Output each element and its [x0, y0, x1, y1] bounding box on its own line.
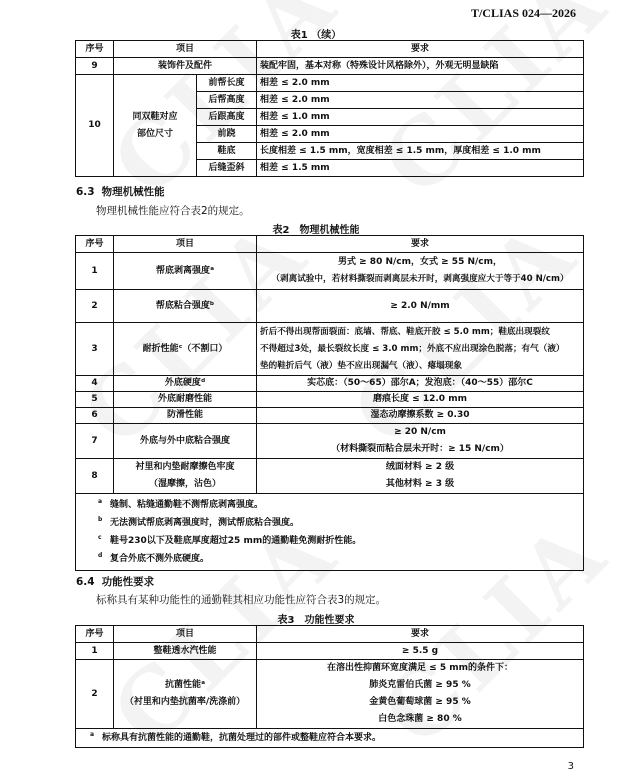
row-req: ≥ 2.0 N/mm: [257, 290, 584, 323]
sub-req: 长度相差 ≤ 1.5 mm，宽度相差 ≤ 1.5 mm，厚度相差 ≤ 1.0 m…: [257, 143, 584, 160]
row-no: 4: [76, 376, 114, 392]
table-row: 2 抗菌性能ᵃ （衬里和内垫抗菌率/洗涤前） 在溶出性抑菌环宽度满足 ≤ 5 m…: [76, 660, 584, 729]
table-notes-row: a标称具有抗菌性能的通勤鞋，抗菌处理过的部件或整鞋应符合本要求。: [76, 729, 584, 748]
standard-code: T/CLIAS 024—2026: [471, 6, 576, 21]
row-req: 在溶出性抑菌环宽度满足 ≤ 5 mm的条件下： 肺炎克雷伯氏菌 ≥ 95 % 金…: [257, 660, 584, 729]
row-item: 外底耐磨性能: [114, 392, 257, 408]
row-no: 1: [76, 643, 114, 660]
item-line: 衬里和内垫耐摩擦色牢度: [117, 459, 253, 476]
table-row: 10 同双鞋对应 部位尺寸 前帮长度 相差 ≤ 2.0 mm: [76, 75, 584, 92]
row-no: 7: [76, 424, 114, 459]
section-number: 6.4: [76, 576, 98, 588]
footnote-mark: c: [98, 532, 110, 544]
row-req: 折后不得出现帮面裂面：底墙、帮底、鞋底开胶 ≤ 5.0 mm；鞋底出现裂纹 不得…: [257, 323, 584, 376]
table-header-row: 序号 项目 要求: [76, 236, 584, 253]
footnote-text: 缝制、粘缝通勤鞋不测帮底剥离强度。: [110, 496, 263, 514]
footnote-mark: a: [98, 496, 110, 508]
header-req: 要求: [257, 626, 584, 643]
section-paragraph: 标称具有某种功能性的通勤鞋其相应功能性应符合表3的规定。: [96, 592, 386, 607]
req-line: 金黄色葡萄球菌 ≥ 95 %: [260, 694, 580, 711]
req-line: （剥离试验中，若材料撕裂而剥离层未开时，剥离强度应大于等于40 N/cm）: [260, 271, 580, 288]
sub-item: 前帮长度: [197, 75, 257, 92]
table-notes: a标称具有抗菌性能的通勤鞋，抗菌处理过的部件或整鞋应符合本要求。: [76, 729, 584, 748]
table-row: 3 耐折性能ᶜ（不割口） 折后不得出现帮面裂面：底墙、帮底、鞋底开胶 ≤ 5.0…: [76, 323, 584, 376]
item-line: 抗菌性能ᵃ: [117, 677, 253, 694]
table2-caption: 表2 物理机械性能: [0, 221, 632, 236]
table3: 序号 项目 要求 1 整鞋透水汽性能 ≥ 5.5 g 2 抗菌性能ᵃ （衬里和内…: [75, 625, 584, 748]
footnote-text: 鞋号230以下及鞋底厚度超过25 mm的通勤鞋免测耐折性能。: [110, 532, 361, 550]
footnote: c鞋号230以下及鞋底厚度超过25 mm的通勤鞋免测耐折性能。: [76, 532, 583, 550]
table2: 序号 项目 要求 1 帮底剥离强度ᵃ 男式 ≥ 80 N/cm，女式 ≥ 55 …: [75, 235, 584, 571]
header-no: 序号: [76, 236, 114, 253]
header-item: 项目: [114, 626, 257, 643]
row-req: 磨痕长度 ≤ 12.0 mm: [257, 392, 584, 408]
row-req: 男式 ≥ 80 N/cm，女式 ≥ 55 N/cm， （剥离试验中，若材料撕裂而…: [257, 253, 584, 290]
section-heading: 6.4 功能性要求: [76, 574, 154, 589]
table-notes: a缝制、粘缝通勤鞋不测帮底剥离强度。 b无法测试帮底剥离强度时，测试帮底粘合强度…: [76, 494, 584, 571]
req-line: 折后不得出现帮面裂面：底墙、帮底、鞋底开胶 ≤ 5.0 mm；鞋底出现裂纹: [260, 324, 580, 341]
item-line: （湿摩擦，沾色）: [117, 476, 253, 493]
table1-caption: 表1 （续）: [0, 26, 632, 41]
row-item: 整鞋透水汽性能: [114, 643, 257, 660]
req-line: ≥ 20 N/cm: [260, 424, 580, 441]
table3-caption: 表3 功能性要求: [0, 611, 632, 626]
item-line: 部位尺寸: [117, 126, 193, 143]
req-line: 不得超过3处，最长裂纹长度 ≤ 3.0 mm；外底不应出现涂色脱落；有气（液）: [260, 341, 580, 358]
req-line: 男式 ≥ 80 N/cm，女式 ≥ 55 N/cm，: [260, 254, 580, 271]
row-item: 外底硬度ᵈ: [114, 376, 257, 392]
row-item: 衬里和内垫耐摩擦色牢度 （湿摩擦，沾色）: [114, 459, 257, 494]
header-no: 序号: [76, 626, 114, 643]
table-header-row: 序号 项目 要求: [76, 626, 584, 643]
req-line: （材料撕裂而粘合层未开时：≥ 15 N/cm）: [260, 441, 580, 458]
header-req: 要求: [257, 41, 584, 58]
table-notes-row: a缝制、粘缝通勤鞋不测帮底剥离强度。 b无法测试帮底剥离强度时，测试帮底粘合强度…: [76, 494, 584, 571]
footnote: b无法测试帮底剥离强度时，测试帮底粘合强度。: [76, 514, 583, 532]
row-no: 8: [76, 459, 114, 494]
table-header-row: 序号 项目 要求: [76, 41, 584, 58]
table-row: 4 外底硬度ᵈ 实芯底：（50～65）邵尔A；发泡底：（40～55）邵尔C: [76, 376, 584, 392]
footnote-text: 复合外底不测外底硬度。: [110, 550, 209, 568]
sub-req: 相差 ≤ 1.5 mm: [257, 160, 584, 177]
sub-req: 相差 ≤ 2.0 mm: [257, 75, 584, 92]
row-item: 帮底粘合强度ᵇ: [114, 290, 257, 323]
row-item: 耐折性能ᶜ（不割口）: [114, 323, 257, 376]
item-line: 同双鞋对应: [117, 109, 193, 126]
footnote-text: 无法测试帮底剥离强度时，测试帮底粘合强度。: [110, 514, 299, 532]
footnote: d复合外底不测外底硬度。: [76, 550, 583, 568]
req-line: 垫的鞋折后气（液）垫不应出现漏气（液）、瘪塌现象: [260, 358, 580, 375]
sub-item: 后帮高度: [197, 92, 257, 109]
sub-req: 相差 ≤ 1.0 mm: [257, 109, 584, 126]
page-number: 3: [568, 761, 574, 772]
table1: 序号 项目 要求 9 装饰件及配件 装配牢固，基本对称（特殊设计风格除外），外观…: [75, 40, 584, 177]
row-item: 抗菌性能ᵃ （衬里和内垫抗菌率/洗涤前）: [114, 660, 257, 729]
sub-item: 后缝歪斜: [197, 160, 257, 177]
table-row: 2 帮底粘合强度ᵇ ≥ 2.0 N/mm: [76, 290, 584, 323]
row-no: 6: [76, 408, 114, 424]
row-no: 9: [76, 58, 114, 75]
req-line: 白色念珠菌 ≥ 80 %: [260, 711, 580, 728]
item-line: （衬里和内垫抗菌率/洗涤前）: [117, 694, 253, 711]
header-item: 项目: [114, 236, 257, 253]
row-req: ≥ 5.5 g: [257, 643, 584, 660]
table-row: 8 衬里和内垫耐摩擦色牢度 （湿摩擦，沾色） 绒面材料 ≥ 2 级 其他材料 ≥…: [76, 459, 584, 494]
row-req: 实芯底：（50～65）邵尔A；发泡底：（40～55）邵尔C: [257, 376, 584, 392]
table-row: 1 帮底剥离强度ᵃ 男式 ≥ 80 N/cm，女式 ≥ 55 N/cm， （剥离…: [76, 253, 584, 290]
row-no: 1: [76, 253, 114, 290]
table-row: 9 装饰件及配件 装配牢固，基本对称（特殊设计风格除外），外观无明显缺陷: [76, 58, 584, 75]
row-item: 防滑性能: [114, 408, 257, 424]
table-row: 5 外底耐磨性能 磨痕长度 ≤ 12.0 mm: [76, 392, 584, 408]
section-title: 物理机械性能: [102, 186, 165, 198]
sub-item: 鞋底: [197, 143, 257, 160]
footnote-mark: d: [98, 550, 110, 562]
row-req: 湿态动摩擦系数 ≥ 0.30: [257, 408, 584, 424]
row-req: 绒面材料 ≥ 2 级 其他材料 ≥ 3 级: [257, 459, 584, 494]
header-req: 要求: [257, 236, 584, 253]
sub-item: 后跟高度: [197, 109, 257, 126]
section-heading: 6.3 物理机械性能: [76, 184, 165, 199]
sub-req: 相差 ≤ 2.0 mm: [257, 126, 584, 143]
sub-item: 前跷: [197, 126, 257, 143]
row-item: 同双鞋对应 部位尺寸: [114, 75, 197, 177]
table-row: 6 防滑性能 湿态动摩擦系数 ≥ 0.30: [76, 408, 584, 424]
row-item: 帮底剥离强度ᵃ: [114, 253, 257, 290]
header-no: 序号: [76, 41, 114, 58]
row-no: 2: [76, 290, 114, 323]
footnote-text: 标称具有抗菌性能的通勤鞋，抗菌处理过的部件或整鞋应符合本要求。: [102, 729, 381, 747]
row-no: 3: [76, 323, 114, 376]
row-item: 外底与外中底粘合强度: [114, 424, 257, 459]
footnote: a标称具有抗菌性能的通勤鞋，抗菌处理过的部件或整鞋应符合本要求。: [76, 729, 583, 747]
table-row: 7 外底与外中底粘合强度 ≥ 20 N/cm （材料撕裂而粘合层未开时：≥ 15…: [76, 424, 584, 459]
section-number: 6.3: [76, 186, 98, 198]
req-line: 其他材料 ≥ 3 级: [260, 476, 580, 493]
row-no: 5: [76, 392, 114, 408]
row-item: 装饰件及配件: [114, 58, 257, 75]
row-req: ≥ 20 N/cm （材料撕裂而粘合层未开时：≥ 15 N/cm）: [257, 424, 584, 459]
row-no: 10: [76, 75, 114, 177]
row-no: 2: [76, 660, 114, 729]
req-line: 肺炎克雷伯氏菌 ≥ 95 %: [260, 677, 580, 694]
section-paragraph: 物理机械性能应符合表2的规定。: [96, 203, 250, 218]
section-title: 功能性要求: [102, 576, 155, 588]
row-req: 装配牢固，基本对称（特殊设计风格除外），外观无明显缺陷: [257, 58, 584, 75]
footnote-mark: a: [90, 729, 102, 741]
req-line: 在溶出性抑菌环宽度满足 ≤ 5 mm的条件下：: [260, 660, 580, 677]
header-item: 项目: [114, 41, 257, 58]
footnote-mark: b: [98, 514, 110, 526]
table-row: 1 整鞋透水汽性能 ≥ 5.5 g: [76, 643, 584, 660]
sub-req: 相差 ≤ 2.0 mm: [257, 92, 584, 109]
footnote: a缝制、粘缝通勤鞋不测帮底剥离强度。: [76, 496, 583, 514]
req-line: 绒面材料 ≥ 2 级: [260, 459, 580, 476]
